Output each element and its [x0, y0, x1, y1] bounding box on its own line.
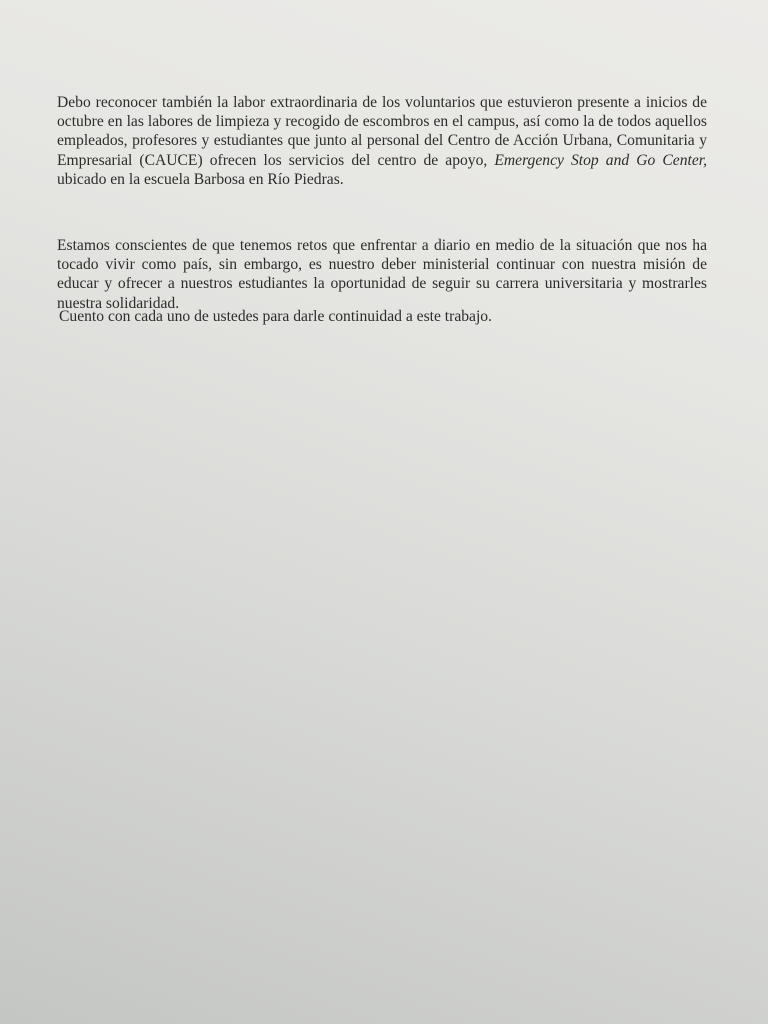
paragraph-challenges: Estamos conscientes de que tenemos retos… — [57, 236, 707, 313]
paragraph-closing: Cuento con cada uno de ustedes para darl… — [59, 307, 709, 326]
center-name-italic: Emergency Stop and Go Center, — [494, 152, 707, 169]
document-page: Debo reconocer también la labor extraord… — [0, 0, 768, 1024]
paragraph-text: ubicado en la escuela Barbosa en Río Pie… — [57, 171, 344, 188]
paragraph-volunteers: Debo reconocer también la labor extraord… — [57, 93, 707, 189]
